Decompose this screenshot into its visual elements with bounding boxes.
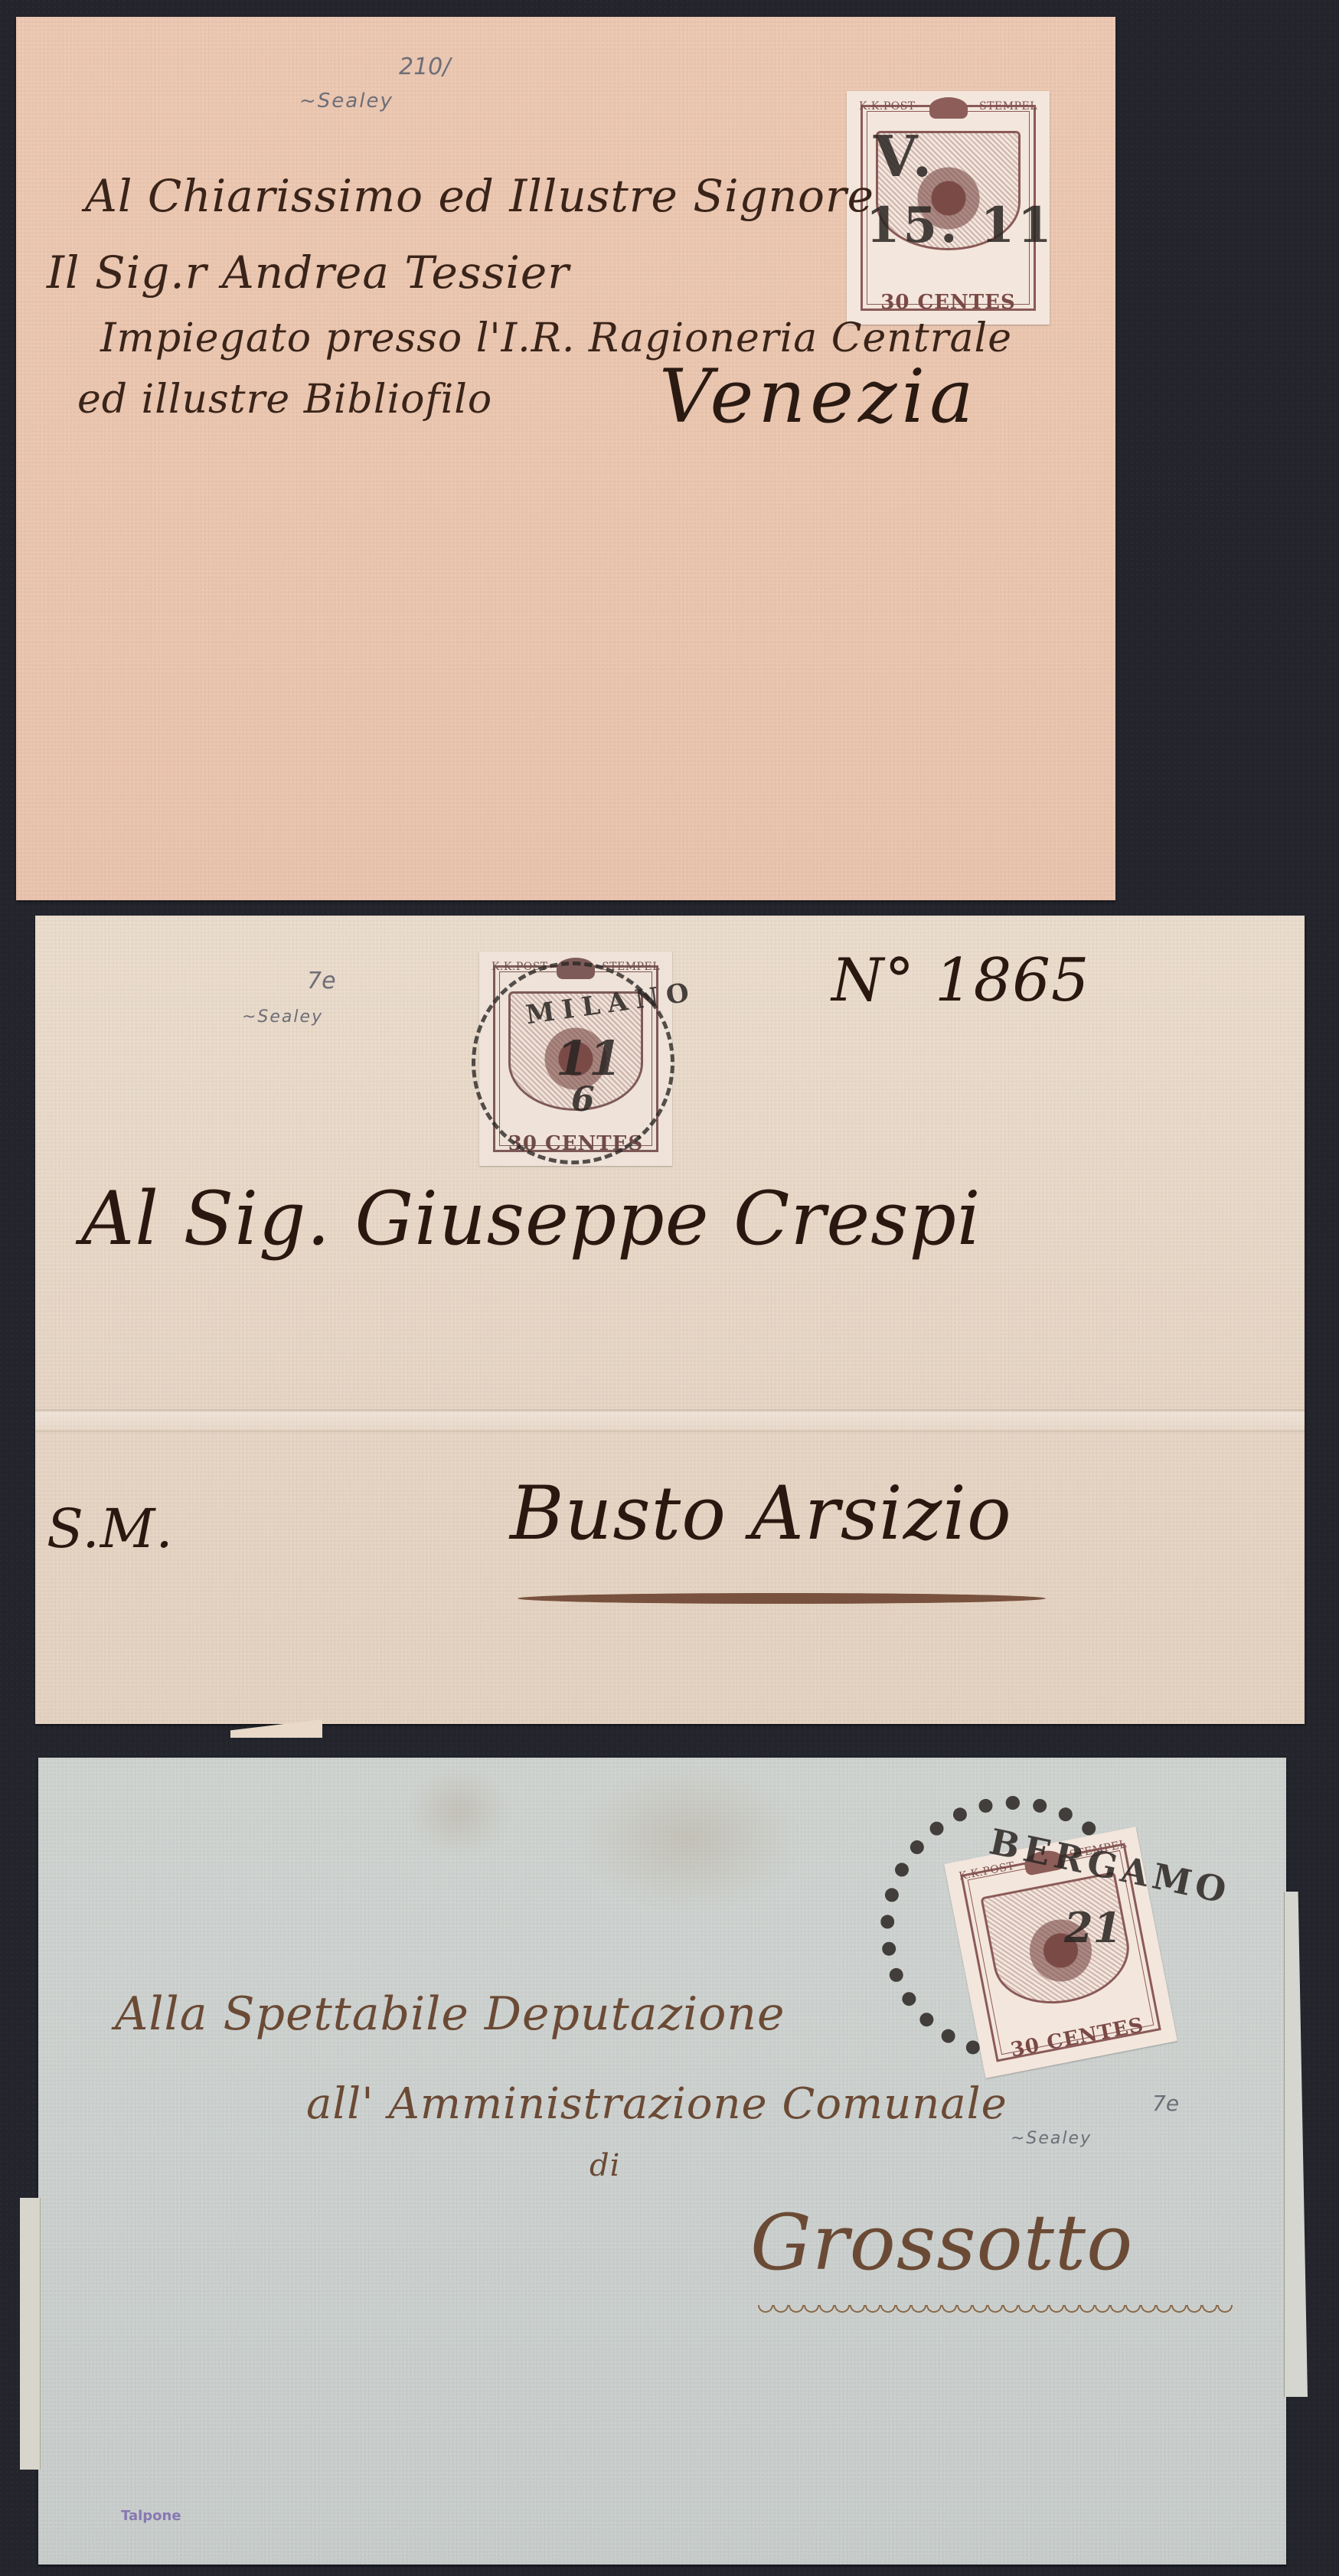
cancel-day: 21 xyxy=(1064,1903,1122,1952)
cover-busto-arsizio: 7e ~Sealey K.K.POST- STEMPEL 30 CENTES M… xyxy=(35,916,1305,1724)
pencil-catalog-note: 210/ xyxy=(399,54,450,80)
paper-stain xyxy=(406,1765,513,1857)
pencil-signature: ~Sealey xyxy=(242,1007,323,1027)
stamp-top-text: K.K.POST- STEMPEL xyxy=(859,100,1037,113)
docket-number: N° 1865 xyxy=(831,946,1090,1015)
cover-grossotto: K.K.POST- STEMPEL 30 CENTES BERGAMO 21 A… xyxy=(38,1758,1286,2565)
address-line-3: di xyxy=(589,2148,620,2183)
address-line-1: Al Chiarissimo ed Illustre Signore xyxy=(85,170,874,222)
fold-line xyxy=(35,1409,1305,1432)
address-city: Venezia xyxy=(659,354,978,439)
corner-note: S.M. xyxy=(47,1497,174,1560)
pencil-signature: ~​Sealey xyxy=(299,90,394,113)
cancel-line-1: V. xyxy=(874,124,936,190)
pencil-signature: ~Sealey xyxy=(1011,2129,1092,2148)
paper-stain xyxy=(574,1761,804,1915)
cancel-day: 11 xyxy=(556,1030,622,1086)
city-flourish xyxy=(758,2305,1233,2316)
cover-venezia: 210/ ~​Sealey K.K.POST- STEMPEL 30 CENTE… xyxy=(16,17,1115,900)
folded-flap-left xyxy=(20,2198,41,2470)
address-line-2: Il Sig.r Andrea Tessier xyxy=(47,246,570,299)
address-line-2: all' Amministrazione Comunale xyxy=(306,2079,1008,2129)
address-city: Busto Arsizio xyxy=(510,1471,1012,1556)
address-line-4: ed illustre Bibliofilo xyxy=(77,377,492,423)
pencil-catalog-note: 7e xyxy=(1152,2091,1179,2116)
city-underline xyxy=(518,1593,1046,1604)
address-city: Grossotto xyxy=(750,2198,1133,2287)
stamp-value: 30 CENTES xyxy=(859,291,1037,314)
violet-handstamp: Talpone xyxy=(121,2508,181,2524)
address-line-1: Alla Spettabile Deputazione xyxy=(115,1987,785,2041)
cancel-line-2: 15. 11 xyxy=(866,197,1055,254)
address-line-1: Al Sig. Giuseppe Crespi xyxy=(81,1176,981,1262)
pencil-catalog-note: 7e xyxy=(307,968,336,994)
cancel-month: 6 xyxy=(571,1080,595,1119)
